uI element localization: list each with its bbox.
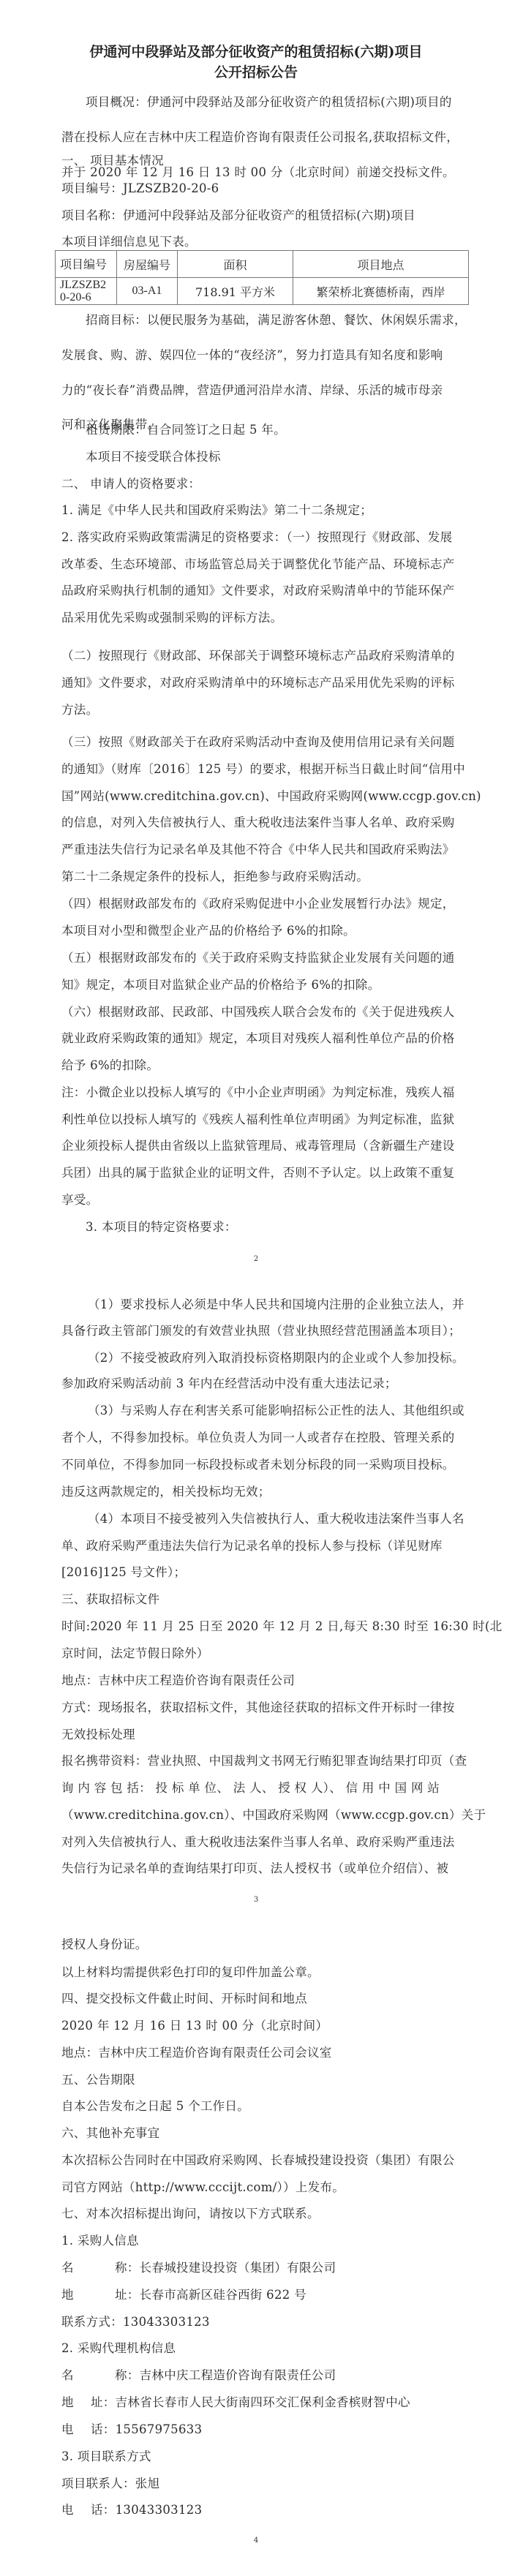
materials-continued: 授权人身份证。 (61, 1935, 148, 1952)
note-line-3: 企业须投标人提供由省级以上监狱管理局、戒毒管理局（含新疆生产建设 (61, 1136, 455, 1153)
materials-line-2: 询 内 容 包 括： 投 标 单 位、 法 人、 授 权 人）、 信 用 中 国… (61, 1778, 440, 1796)
requirement-2-3-line-4: 的信息，对列入失信被执行人、重大税收违法案件当事人名单、政府采购 (61, 813, 455, 830)
lease-term: 租赁期限：自合同签订之日起 5 年。 (86, 420, 286, 437)
supplement-line-2: 司官方网站（http://www.cccijt.com/））上发布。 (61, 2177, 345, 2195)
table-row: JLZSZB20-20-6 03-A1 718.91 平方米 繁荣桥北赛德桥南，… (56, 278, 469, 305)
table-header-row: 项目编号 房屋编号 面积 项目地点 (56, 251, 469, 278)
agency-address: 址：吉林省长春市人民大街南四环交汇保利金香槟财智中心 (91, 2392, 410, 2410)
requirement-2-3-line-3: 国”网站(www.creditchina.gov.cn)、中国政府采购网(www… (61, 786, 481, 804)
project-number: 项目编号：JLZSZB20-20-6 (61, 178, 219, 196)
no-consortium: 本项目不接受联合体投标 (86, 447, 221, 464)
table-cell-area: 718.91 平方米 (178, 278, 293, 305)
supplement-line-1: 本次招标公告同时在中国政府采购网、长春城投建设投资（集团）有限公 (61, 2150, 455, 2168)
agency-phone-label: 电 (61, 2419, 74, 2437)
specific-req-3-line-1: （3）与采购人存在利害关系可能影响招标公正性的法人、其他组织或 (88, 1401, 464, 1418)
table-cell-house-no: 03-A1 (117, 278, 178, 305)
specific-req-3-line-3: 不同单位，不得参加同一标段投标或者未划分标段的同一采购项目投标。 (61, 1455, 455, 1472)
requirement-2-4-line-1: （四）根据财政部发布的《政府采购促进中小企业发展暂行办法》规定， (61, 894, 455, 911)
table-header-cell: 面积 (178, 251, 293, 278)
specific-req-4-line-2: 单、政府采购严重违法失信行为记录名单的投标人参与投标（详见财库 (61, 1536, 443, 1553)
project-no-part-a: JLZSZB2 (60, 279, 106, 291)
target-line-2: 发展食、购、游、娱四位一体的“夜经济”，努力打造具有知名度和影响 (61, 345, 443, 363)
bid-opening-place: 地点：吉林中庆工程造价咨询有限责任公司会议室 (61, 2043, 332, 2060)
table-header-cell: 项目编号 (56, 251, 117, 278)
specific-req-1-line-2: 具备行政主管部门颁发的有效营业执照（营业执照经营范围涵盖本项目）； (61, 1321, 461, 1338)
project-name: 项目名称：伊通河中段驿站及部分征收资产的租赁招标(六期)项目 (61, 206, 415, 223)
agency-heading: 2. 采购代理机构信息 (61, 2338, 176, 2356)
requirement-2-3-line-1: （三）按照《财政部关于在政府采购活动中查询及使用信用记录有关问题 (61, 732, 455, 750)
obtain-place: 地点：吉林中庆工程造价咨询有限责任公司 (61, 1671, 295, 1688)
agency-phone: 话：15567975633 (91, 2419, 202, 2437)
requirement-2-2-line-1: （二）按照现行《财政部、环保部关于调整环境标志产品政府采购清单的 (61, 646, 455, 663)
materials-line-5: 失信行为记录名单的查询结果打印页、法人授权书（或单位介绍信）、被 (61, 1858, 448, 1876)
specific-req-2-line-1: （2）不接受被政府列入取消投标资格期限内的企业或个人参加投标。 (88, 1348, 464, 1366)
section-7-heading: 七、对本次招标提出询问，请按以下方式联系。 (61, 2204, 320, 2221)
specific-req-3-line-4: 违反这两款规定的，相关投标均无效； (61, 1482, 271, 1499)
materials-line-4: 对列入失信被执行人、重大税收违法案件当事人名单、政府采购严重违法 (61, 1832, 455, 1850)
agency-name: 称：吉林中庆工程造价咨询有限责任公司 (115, 2365, 336, 2383)
page-number-3: 3 (0, 1896, 512, 1904)
obtain-method-line-2: 无效投标处理 (61, 1725, 135, 1742)
requirement-2-3-line-5: 严重违法失信行为记录名单及其他不符合《中华人民共和国政府采购法》 (61, 840, 455, 857)
obtain-time-line-2: 京时间，法定节假日除外） (61, 1643, 209, 1661)
specific-req-4-line-3: [2016]125 号文件）； (61, 1562, 186, 1580)
requirement-2-line-4: 品采用优先采购或强制采购的评标方法。 (61, 608, 282, 625)
project-info-table: 项目编号 房屋编号 面积 项目地点 JLZSZB20-20-6 03-A1 71… (55, 250, 469, 305)
requirement-2-4-line-2: 本项目对小型和微型企业产品的价格给予 6%的扣除。 (61, 921, 355, 938)
requirement-2-6-line-1: （六）根据财政部、民政部、中国残疾人联合会发布的《关于促进残疾人 (61, 1002, 455, 1020)
purchaser-name: 称：长春城投建设投资（集团）有限公司 (115, 2258, 336, 2275)
section-6-heading: 六、其他补充事宜 (61, 2123, 159, 2141)
materials-line-3: （www.creditchina.gov.cn）、中国政府采购网（www.ccg… (61, 1805, 486, 1823)
materials-note: 以上材料均需提供彩色打印的复印件加盖公章。 (61, 1962, 320, 1980)
purchaser-address: 址：长春市高新区硅谷西街 622 号 (115, 2285, 306, 2302)
project-contact-phone-label: 电 (61, 2500, 74, 2517)
purchaser-heading: 1. 采购人信息 (61, 2231, 139, 2248)
specific-req-1-line-1: （1）要求投标人必须是中华人民共和国境内注册的企业独立法人，并 (88, 1295, 464, 1312)
project-contact-phone: 话：13043303123 (91, 2500, 202, 2517)
requirement-2-3-line-6: 第二十二条规定条件的投标人，拒绝参与政府采购活动。 (61, 867, 369, 884)
section-4-heading: 四、提交投标文件截止时间、开标时间和地点 (61, 1989, 307, 2006)
requirement-2-3-line-2: 的通知》（财库〔2016〕125 号）的要求，根据开标当日截止时间“信用中 (61, 759, 465, 777)
specific-req-2-line-2: 参加政府采购活动前 3 年内在经营活动中没有重大违法记录； (61, 1374, 397, 1391)
requirement-2-6-line-3: 给予 6%的扣除。 (61, 1055, 159, 1073)
requirement-2-line-3: 品政府采购执行机制的通知》文件要求，对政府采购清单中的节能环保产 (61, 581, 455, 598)
requirement-2-line-2: 改革委、生态环境部、市场监管总局关于调整优化节能产品、环境标志产 (61, 554, 455, 572)
obtain-method-line-1: 方式：现场报名，获取招标文件，其他途径获取的招标文件开标时一律按 (61, 1698, 455, 1715)
bid-deadline: 2020 年 12 月 16 日 13 时 00 分（北京时间） (61, 2016, 328, 2033)
section-1-heading: 一、 项目基本情况 (61, 151, 164, 168)
purchaser-contact: 联系方式：13043303123 (61, 2312, 210, 2330)
requirement-1: 1. 满足《中华人民共和国政府采购法》第二十二条规定； (61, 500, 372, 518)
target-line-3: 力的“夜长春”消费品牌，营造伊通河沿岸水清、岸绿、乐活的城市母亲 (61, 380, 443, 398)
document-title: 伊通河中段驿站及部分征收资产的租赁招标(六期)项目 (0, 41, 512, 61)
table-cell-project-no: JLZSZB20-20-6 (56, 278, 117, 305)
table-header-cell: 房屋编号 (117, 251, 178, 278)
project-no-part-b: 0-20-6 (60, 291, 91, 304)
table-intro: 本项目详细信息见下表。 (61, 232, 197, 249)
requirement-2-2-line-3: 方法。 (61, 700, 98, 718)
section-3-heading: 三、获取招标文件 (61, 1589, 159, 1607)
table-header-cell: 项目地点 (293, 251, 469, 278)
specific-req-4-line-1: （4）本项目不接受被列入失信被执行人、重大税收违法案件当事人名 (88, 1509, 464, 1526)
project-contact-heading: 3. 项目联系方式 (61, 2447, 151, 2464)
project-contact-person: 项目联系人：张旭 (61, 2474, 159, 2491)
section-5-heading: 五、公告期限 (61, 2070, 135, 2087)
overview-line-1: 项目概况：伊通河中段驿站及部分征收资产的租赁招标(六期)项目的 (86, 92, 452, 110)
note-line-1: 注：小微企业以投标人填写的《中小企业声明函》为判定标准，残疾人福 (61, 1082, 455, 1100)
requirement-2-6-line-2: 就业政府采购政策的通知》规定，本项目对残疾人福利性单位产品的价格 (61, 1028, 455, 1046)
note-line-4: 兵团）出具的属于监狱企业的证明文件，否则不予认定。以上政策不重复 (61, 1163, 455, 1180)
overview-line-2: 潜在投标人应在吉林中庆工程造价咨询有限责任公司报名,获取招标文件， (61, 127, 459, 145)
agency-address-label: 地 (61, 2392, 74, 2410)
purchaser-address-label: 地 (61, 2285, 74, 2302)
specific-req-3-line-2: 者个人，不得参加投标。单位负责人为同一人或者存在控股、管理关系的 (61, 1428, 455, 1445)
note-line-2: 利性单位以投标人填写的《残疾人福利性单位声明函》为判定标准，监狱 (61, 1110, 455, 1127)
materials-line-1: 报名携带资料：营业执照、中国裁判文书网无行贿犯罪查询结果打印页（查 (61, 1751, 467, 1769)
requirement-2-5-line-1: （五）根据财政部发布的《关于政府采购支持监狱企业发展有关问题的通 (61, 948, 455, 965)
page-number-4: 4 (0, 2537, 512, 2545)
document-subtitle: 公开招标公告 (0, 61, 512, 81)
requirement-2-line-1: 2. 落实政府采购政策需满足的资格要求：（一）按照现行《财政部、发展 (61, 527, 452, 545)
requirement-2-5-line-2: 知》规定，本项目对监狱企业产品的价格给予 6%的扣除。 (61, 975, 380, 993)
agency-name-label: 名 (61, 2365, 74, 2383)
requirement-2-2-line-2: 通知》文件要求，对政府采购清单中的环境标志产品采用优先采购的评标 (61, 673, 455, 690)
target-line-1: 招商目标：以便民服务为基础，满足游客休憩、餐饮、休闲娱乐需求， (86, 310, 467, 328)
specific-requirements-heading: 3. 本项目的特定资格要求： (86, 1217, 237, 1235)
section-2-heading: 二、 申请人的资格要求： (61, 474, 200, 492)
page-number-2: 2 (0, 1255, 512, 1263)
note-line-5: 享受。 (61, 1190, 98, 1208)
obtain-time-line-1: 时间:2020 年 11 月 25 日至 2020 年 12 月 2 日,每天 … (61, 1616, 502, 1634)
announcement-period: 自本公告发布之日起 5 个工作日。 (61, 2096, 249, 2114)
table-cell-location: 繁荣桥北赛德桥南，西岸 (293, 278, 469, 305)
purchaser-name-label: 名 (61, 2258, 74, 2275)
